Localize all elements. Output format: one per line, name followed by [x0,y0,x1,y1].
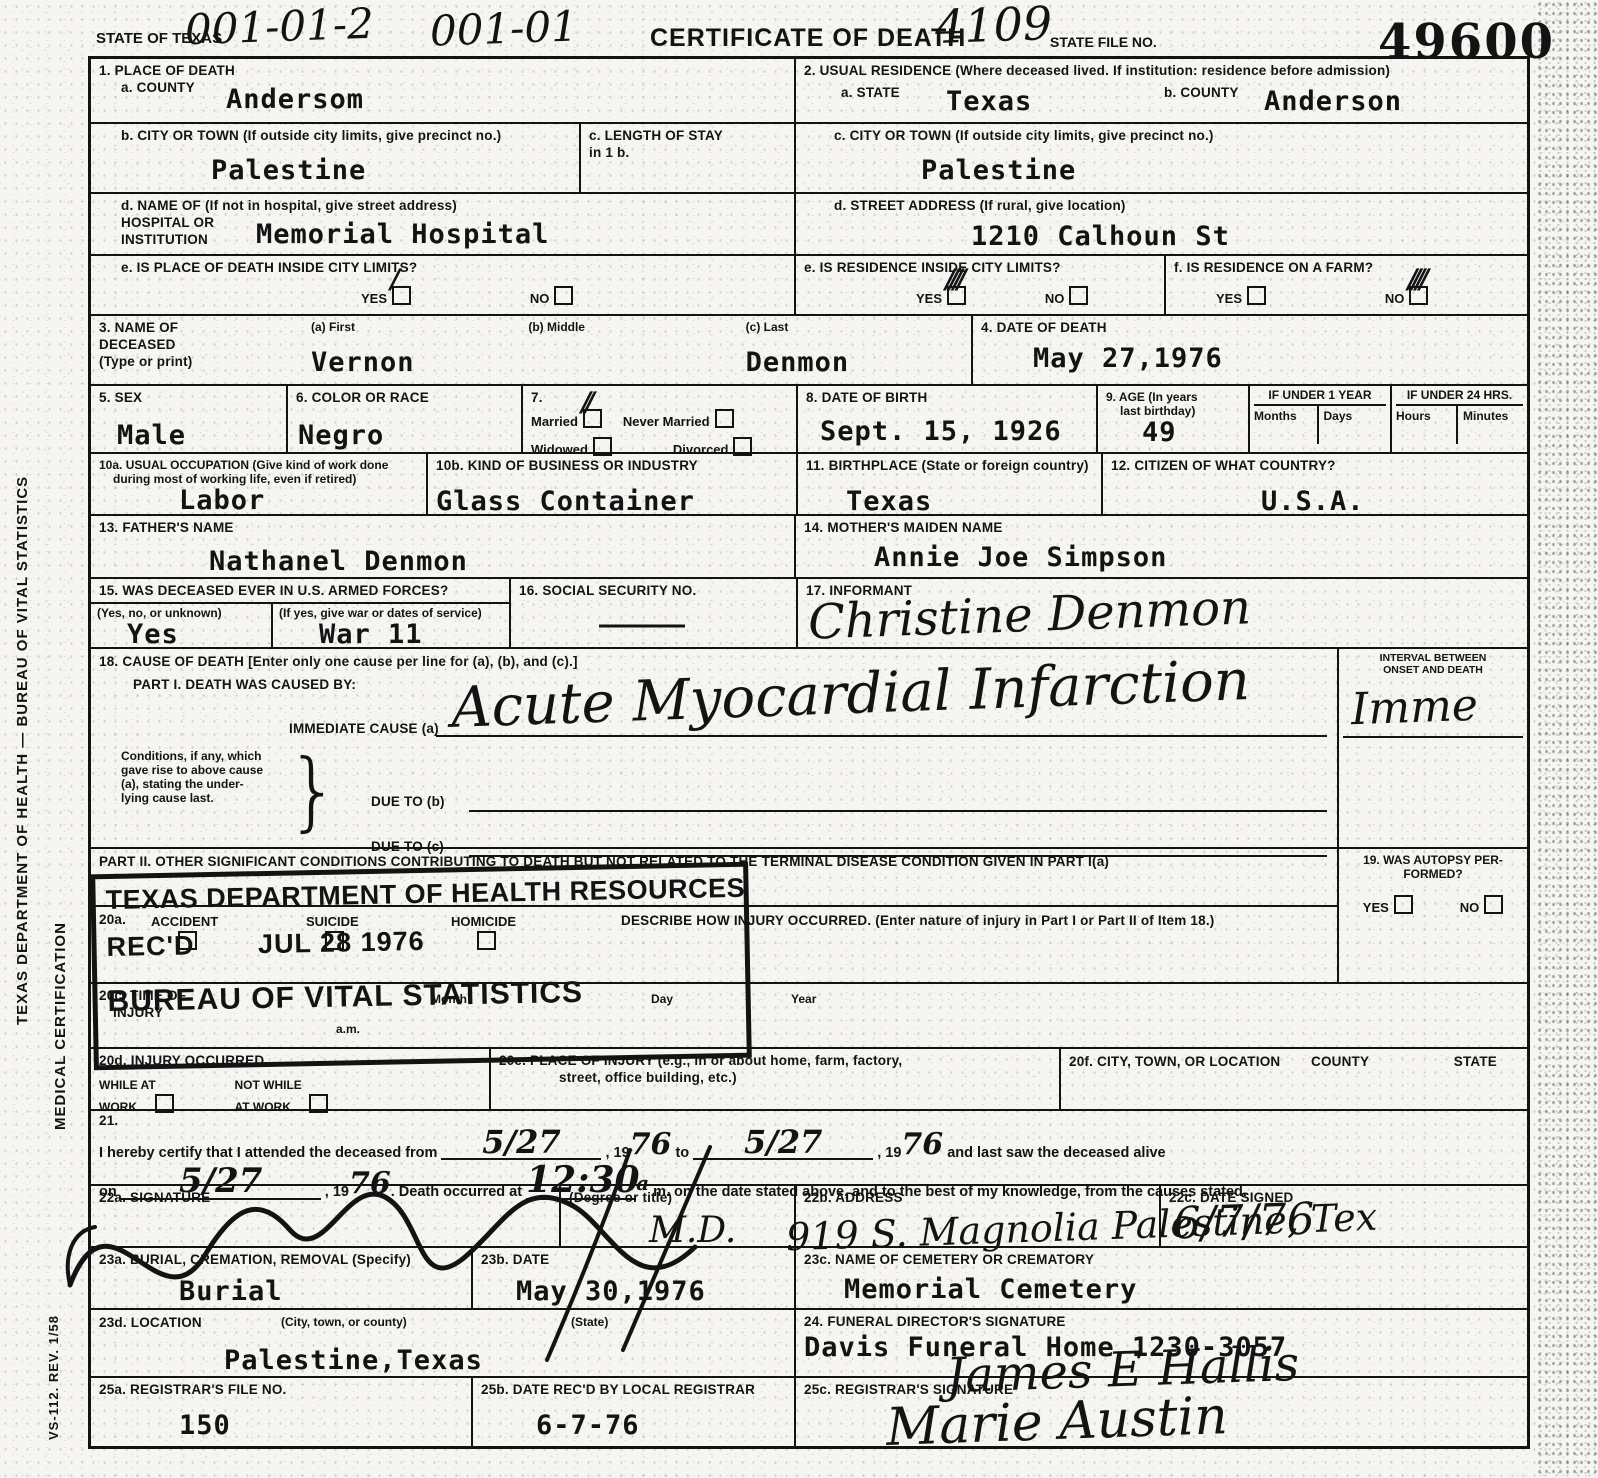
months-label: Months [1254,406,1319,444]
ssn-label: 16. SOCIAL SECURITY NO. [519,583,788,600]
farm-no-checkbox: ∕∕∕∕ [1409,286,1428,305]
length-of-stay-sub: in 1 b. [589,145,786,162]
never-married-checkbox [715,409,734,428]
father-name-value: Nathanel Denmon [209,547,786,577]
date-of-birth-cell: 8. DATE OF BIRTH Sept. 15, 1926 [798,386,1098,452]
cert-text-2: and last saw the deceased alive [947,1145,1165,1161]
stamp-date: JUL 28 1976 [258,926,425,959]
pod-city-limits-cell: e. IS PLACE OF DEATH INSIDE CITY LIMITS?… [91,256,796,314]
ssn-cell: 16. SOCIAL SECURITY NO. ——— [511,579,798,647]
pod-city-label: b. CITY OR TOWN (If outside city limits,… [121,128,571,145]
state-file-no-label: STATE FILE NO. [1050,34,1157,50]
citizen-label: 12. CITIZEN OF WHAT COUNTRY? [1111,458,1519,475]
farm-yes-label: YES [1216,291,1242,306]
handwritten-code-1: 001-01-2 [185,6,374,48]
race-cell: 6. COLOR OR RACE Negro [288,386,523,452]
occupation-cell: 10a. USUAL OCCUPATION (Give kind of work… [91,454,428,514]
first-name-label: (a) First [311,320,528,334]
scan-edge-noise [1536,0,1598,1478]
res-limits-no-label: NO [1045,291,1065,306]
residence-state-label: a. STATE [841,85,900,102]
date-of-death-value: May 27,1976 [1033,344,1223,374]
immediate-cause-label: IMMEDIATE CAUSE (a) [289,721,439,738]
hours-label: Hours [1396,406,1458,444]
handwritten-code-3: 4109 [935,2,1052,48]
sex-value: Male [117,421,278,451]
age-value: 49 [1142,418,1240,448]
farm-no-mark: ∕∕∕∕ [1407,266,1422,293]
birthplace-cell: 11. BIRTHPLACE (State or foreign country… [798,454,1103,514]
place-of-death-label: 1. PLACE OF DEATH [99,63,786,80]
citizen-cell: 12. CITIZEN OF WHAT COUNTRY? U.S.A. [1103,454,1527,514]
res-city-cell: c. CITY OR TOWN (If outside city limits,… [796,124,1527,192]
name-label-2: DECEASED [99,337,295,354]
married-mark: ∕∕ [581,389,589,416]
res-limits-yes-checkbox: ∕∕∕∕ [947,286,966,305]
armed-forces-sub1: (Yes, no, or unknown) [97,606,265,620]
injury-location-cell: 20f. CITY, TOWN, OR LOCATION COUNTY STAT… [1061,1049,1527,1109]
sex-cell: 5. SEX Male [91,386,288,452]
race-value: Negro [298,421,513,451]
registrar-file-label: 25a. REGISTRAR'S FILE NO. [99,1382,463,1399]
cause-a-handwriting: Acute Myocardial Infarction [451,667,1250,723]
if-under-24-hrs-cell: IF UNDER 24 HRS. Hours Minutes [1392,386,1527,452]
birthplace-label: 11. BIRTHPLACE (State or foreign country… [806,458,1093,475]
pod-limits-yes-mark: ∕ [390,266,394,293]
death-certificate-scan: TEXAS DEPARTMENT OF HEALTH — BUREAU OF V… [0,0,1598,1478]
date-recd-cell: 25b. DATE REC'D BY LOCAL REGISTRAR 6-7-7… [473,1378,796,1446]
days-label: Days [1319,406,1387,444]
last-name-label: (c) Last [746,320,963,334]
length-of-stay-cell: c. LENGTH OF STAY in 1 b. [581,124,796,192]
street-address-label: d. STREET ADDRESS (If rural, give locati… [834,198,1519,215]
res-city-value: Palestine [921,156,1076,186]
residence-state-value: Texas [946,87,1032,117]
pod-city-value: Palestine [211,156,366,186]
conditions-brace: } [286,741,341,841]
registrar-signature-value: Marie Austin [886,1396,1228,1448]
autopsy-yes-checkbox [1394,895,1413,914]
autopsy-label-1: 19. WAS AUTOPSY PER- [1347,853,1519,867]
autopsy-no-label: NO [1460,900,1480,915]
length-of-stay-label: c. LENGTH OF STAY [589,128,786,145]
due-to-b-label: DUE TO (b) [371,794,445,811]
not-while-label-1: NOT WHILE [234,1078,301,1092]
armed-forces-sub2: (If yes, give war or dates of service) [279,606,503,620]
marital-status-cell: 7. Married∕∕ Never Married Widowed Divor… [523,386,798,452]
autopsy-cell: 19. WAS AUTOPSY PER- FORMED? YES NO [1339,849,1527,982]
farm-yes-checkbox [1247,286,1266,305]
date-signed-cell: 22c. DATE SIGNED 6/7/76 [1161,1186,1527,1246]
name-label-3: (Type or print) [99,354,295,371]
pod-limits-no-checkbox [554,286,573,305]
autopsy-no-checkbox [1484,895,1503,914]
mother-name-value: Annie Joe Simpson [874,543,1519,573]
occupation-label-1: 10a. USUAL OCCUPATION (Give kind of work… [99,458,418,472]
married-label: Married [531,414,578,429]
margin-department-text: TEXAS DEPARTMENT OF HEALTH — BUREAU OF V… [14,235,31,1025]
res-limits-yes-mark: ∕∕∕∕ [945,266,960,293]
last-name-value: Denmon [746,348,963,378]
industry-value: Glass Container [436,487,788,517]
farm-no-label: NO [1385,291,1405,306]
part1-label: PART I. DEATH WAS CAUSED BY: [133,677,356,694]
stamp-recd-label: REC'D [106,930,194,962]
name-fields-cell: (a) First Vernon (b) Middle (c) Last Den… [303,316,973,384]
farm-question: f. IS RESIDENCE ON A FARM? [1174,260,1519,277]
date-recd-value: 6-7-76 [536,1411,786,1441]
date-of-death-label: 4. DATE OF DEATH [981,320,1519,337]
pod-limits-yes-label: YES [361,291,387,306]
under-1-year-label: IF UNDER 1 YEAR [1254,388,1386,406]
name-of-deceased-label-cell: 3. NAME OF DECEASED (Type or print) [91,316,303,384]
armed-forces-value: Yes [127,620,265,650]
armed-forces-cell: 15. WAS DECEASED EVER IN U.S. ARMED FORC… [91,579,511,647]
informant-signature: Christine Denmon [808,591,1251,639]
citizen-value: U.S.A. [1261,487,1519,517]
farm-cell: f. IS RESIDENCE ON A FARM? YES NO∕∕∕∕ [1166,256,1527,314]
res-city-limits-question: e. IS RESIDENCE INSIDE CITY LIMITS? [804,260,1156,277]
injury-city-label: 20f. CITY, TOWN, OR LOCATION [1069,1054,1280,1069]
interval-divider [1343,736,1523,738]
first-name-value: Vernon [311,348,528,378]
autopsy-yes-label: YES [1363,900,1389,915]
conditions-note: Conditions, if any, which gave rise to a… [121,749,271,805]
date-of-birth-value: Sept. 15, 1926 [820,417,1088,447]
father-name-cell: 13. FATHER'S NAME Nathanel Denmon [91,516,796,577]
interval-column: INTERVAL BETWEEN ONSET AND DEATH Imme [1339,649,1527,847]
due-c-line [469,769,1327,857]
pod-limits-yes-checkbox: ∕ [392,286,411,305]
interval-label-1: INTERVAL BETWEEN [1343,652,1523,664]
received-stamp: TEXAS DEPARTMENT OF HEALTH RESOURCES REC… [90,862,752,1071]
margin-medical-certification-text: MEDICAL CERTIFICATION [52,800,69,1130]
under-24-hrs-label: IF UNDER 24 HRS. [1396,388,1523,406]
race-label: 6. COLOR OR RACE [296,390,513,407]
res-city-label: c. CITY OR TOWN (If outside city limits,… [834,128,1519,145]
injury-state-label: STATE [1454,1054,1497,1071]
war-value: War 11 [319,620,503,650]
interval-value-handwriting: Imme [1351,686,1523,730]
injury-county-label: COUNTY [1311,1054,1369,1071]
armed-forces-label: 15. WAS DECEASED EVER IN U.S. ARMED FORC… [91,579,509,604]
age-cell: 9. AGE (In years last birthday) 49 [1098,386,1250,452]
handwritten-code-2: 001-01 [430,8,578,50]
never-married-label: Never Married [623,414,710,429]
married-checkbox: ∕∕ [583,409,602,428]
hospital-cell: d. NAME OF (If not in hospital, give str… [91,194,796,254]
industry-label: 10b. KIND OF BUSINESS OR INDUSTRY [436,458,788,475]
year-label: Year [791,992,816,1006]
interval-label-2: ONSET AND DEATH [1343,664,1523,676]
if-under-1-year-cell: IF UNDER 1 YEAR Months Days [1250,386,1392,452]
occupation-label-2: during most of working life, even if ret… [113,472,418,486]
residence-county-label: b. COUNTY [1164,85,1239,102]
place-of-death-county-cell: 1. PLACE OF DEATH a. COUNTY Andersom [91,59,796,122]
ssn-value: ——— [599,608,788,642]
stamp-line-1: TEXAS DEPARTMENT OF HEALTH RESOURCES [105,873,733,916]
res-limits-no-checkbox [1069,286,1088,305]
occupation-value: Labor [179,486,418,516]
date-signed-value: 6/7/76 [1173,1200,1315,1244]
date-recd-label: 25b. DATE REC'D BY LOCAL REGISTRAR [481,1382,786,1399]
hospital-label-1: d. NAME OF (If not in hospital, give str… [121,198,786,215]
age-label-2: last birthday) [1120,404,1240,418]
county-label: a. COUNTY [121,80,786,97]
marital-label: 7. [531,390,788,407]
mother-name-cell: 14. MOTHER'S MAIDEN NAME Annie Joe Simps… [796,516,1527,577]
res-limits-yes-label: YES [916,291,942,306]
autopsy-label-2: FORMED? [1347,867,1519,881]
date-of-birth-label: 8. DATE OF BIRTH [806,390,1088,407]
sex-label: 5. SEX [99,390,278,407]
res-city-limits-cell: e. IS RESIDENCE INSIDE CITY LIMITS? YES∕… [796,256,1166,314]
stamp-line-3: BUREAU OF VITAL STATISTICS [107,973,736,1019]
place-of-injury-label-2: street, office building, etc.) [559,1070,1051,1087]
certificate-title: CERTIFICATE OF DEATH [650,24,966,53]
registrar-file-cell: 25a. REGISTRAR'S FILE NO. 150 [91,1378,473,1446]
age-label-1: 9. AGE (In years [1106,390,1240,404]
pod-city-limits-question: e. IS PLACE OF DEATH INSIDE CITY LIMITS? [121,260,786,277]
usual-residence-cell: 2. USUAL RESIDENCE (Where deceased lived… [796,59,1527,122]
name-label-1: 3. NAME OF [99,320,295,337]
mother-name-label: 14. MOTHER'S MAIDEN NAME [804,520,1519,537]
street-address-value: 1210 Calhoun St [971,222,1230,252]
middle-name-label: (b) Middle [528,320,745,334]
residence-county-value: Anderson [1264,87,1402,117]
while-at-work-label-1: WHILE AT [99,1078,156,1092]
father-name-label: 13. FATHER'S NAME [99,520,786,537]
cause-of-death-cell: 18. CAUSE OF DEATH [Enter only one cause… [91,649,1339,847]
street-address-cell: d. STREET ADDRESS (If rural, give locati… [796,194,1527,254]
informant-cell: 17. INFORMANT Christine Denmon [798,579,1527,647]
industry-cell: 10b. KIND OF BUSINESS OR INDUSTRY Glass … [428,454,798,514]
funeral-director-signature: James E Hallis [946,1346,1299,1394]
minutes-label: Minutes [1458,406,1523,444]
registrar-file-value: 150 [179,1411,463,1441]
date-of-death-cell: 4. DATE OF DEATH May 27,1976 [973,316,1527,384]
pod-city-cell: b. CITY OR TOWN (If outside city limits,… [91,124,581,192]
usual-residence-label: 2. USUAL RESIDENCE (Where deceased lived… [804,63,1519,80]
pod-limits-no-label: NO [530,291,550,306]
hospital-value: Memorial Hospital [256,220,549,250]
county-value: Andersom [226,85,364,115]
birthplace-value: Texas [846,487,1093,517]
physician-signature-scribble [55,1135,975,1365]
